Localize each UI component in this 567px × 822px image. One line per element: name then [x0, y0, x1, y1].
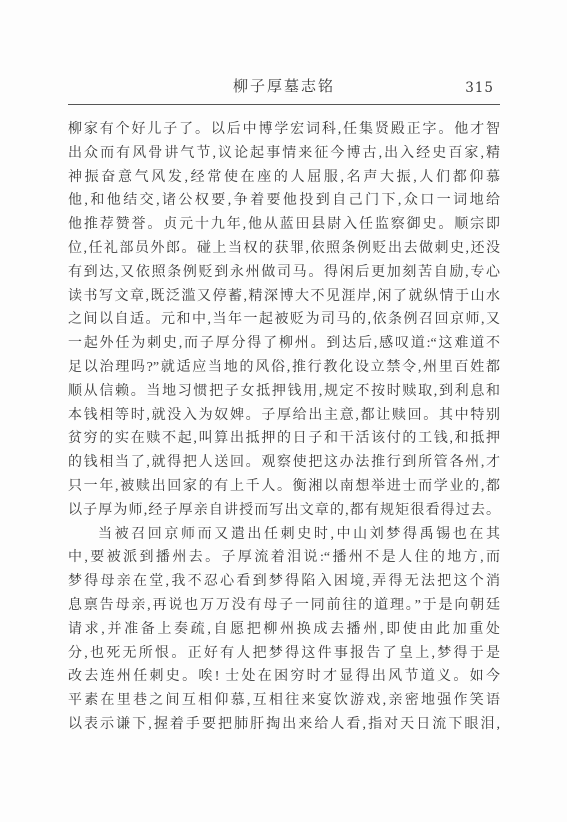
text-line: 本钱相等时,就没入为奴婢。子厚给出主意,都让赎回。其中特别 [68, 404, 500, 428]
text-line: 以子厚为师,经子厚亲自讲授而写出文章的,都有规矩很看得过去。 [68, 499, 500, 523]
text-line: 足以治理吗?”就适应当地的风俗,推行教化设立禁令,州里百姓都 [68, 356, 500, 380]
text-line: 一起外任为刺史,而子厚分得了柳州。到达后,感叹道:“这难道不 [68, 332, 500, 356]
text-line: 顺从信赖。当地习惯把子女抵押钱用,规定不按时赎取,到利息和 [68, 380, 500, 404]
page-number: 315 [465, 80, 494, 97]
text-line: 息禀告母亲,再说也万万没有母子一同前往的道理。”于是向朝廷 [68, 594, 500, 618]
text-line: 柳家有个好儿子了。以后中博学宏词科,任集贤殿正字。他才智 [68, 118, 500, 142]
page-content: 柳子厚墓志铭 315 柳家有个好儿子了。以后中博学宏词科,任集贤殿正字。他才智 … [68, 78, 500, 737]
text-line: 读书写文章,既泛滥又停蓄,精深博大不见涯岸,闲了就纵情于山水 [68, 285, 500, 309]
text-line: 他,和他结交,诸公权要,争着要他投到自己门下,众口一词地给 [68, 189, 500, 213]
text-line: 只一年,被赎出回家的有上千人。衡湘以南想举进士而学业的,都 [68, 475, 500, 499]
page-title: 柳子厚墓志铭 [68, 78, 500, 97]
text-line: 中,要被派到播州去。子厚流着泪说:“播州不是人住的地方,而 [68, 546, 500, 570]
text-line: 有到达,又依照条例贬到永州做司马。得闲后更加刻苦自励,专心 [68, 261, 500, 285]
text-line: 的钱相当了,就得把人送回。观察使把这办法推行到所管各州,才 [68, 451, 500, 475]
text-line: 他推荐赞誉。贞元十九年,他从蓝田县尉入任监察御史。顺宗即 [68, 213, 500, 237]
text-line: 之间以自适。元和中,当年一起被贬为司马的,依条例召回京师,又 [68, 308, 500, 332]
running-header: 柳子厚墓志铭 315 [68, 78, 500, 105]
text-line: 贫穷的实在赎不起,叫算出抵押的日子和干活该付的工钱,和抵押 [68, 427, 500, 451]
text-line-paragraph-start: 当被召回京师而又遣出任刺史时,中山刘梦得禹锡也在其 [68, 523, 500, 547]
text-line: 以表示谦下,握着手要把肺肝掏出来给人看,指对天日流下眼泪, [68, 713, 500, 737]
book-page: 柳子厚墓志铭 315 柳家有个好儿子了。以后中博学宏词科,任集贤殿正字。他才智 … [0, 0, 567, 822]
text-line: 神振奋意气风发,经常使在座的人屈服,名声大振,人们都仰慕 [68, 166, 500, 190]
text-line: 请求,并准备上奏疏,自愿把柳州换成去播州,即使由此加重处 [68, 618, 500, 642]
text-line: 平素在里巷之间互相仰慕,互相往来宴饮游戏,亲密地强作笑语 [68, 689, 500, 713]
text-line: 位,任礼部员外郎。碰上当权的获罪,依照条例贬出去做刺史,还没 [68, 237, 500, 261]
text-line: 改去连州任刺史。唉! 士处在困穷时才显得出风节道义。如今 [68, 665, 500, 689]
text-line: 出众而有风骨讲气节,议论起事情来征今博古,出入经史百家,精 [68, 142, 500, 166]
body-text: 柳家有个好儿子了。以后中博学宏词科,任集贤殿正字。他才智 出众而有风骨讲气节,议… [68, 118, 500, 737]
text-line: 分,也死无所恨。正好有人把梦得这件事报告了皇上,梦得于是 [68, 642, 500, 666]
text-line: 梦得母亲在堂,我不忍心看到梦得陷入困境,弄得无法把这个消 [68, 570, 500, 594]
